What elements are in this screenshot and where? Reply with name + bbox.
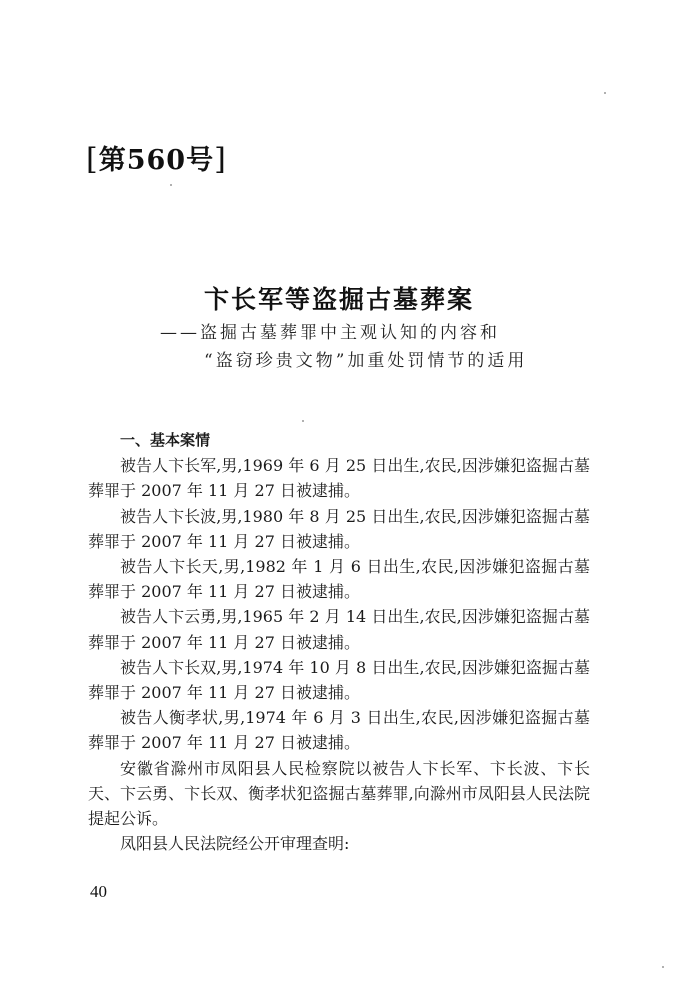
scan-speck [170, 184, 172, 186]
case-number-label: 第560号 [99, 145, 214, 176]
subtitle-line-2: “盗窃珍贵文物”加重处罚情节的适用 [204, 346, 527, 371]
scan-speck [604, 92, 606, 94]
document-page: [第560号] 卞长军等盗掘古墓葬案 ——盗掘古墓葬罪中主观认知的内容和 “盗窃… [0, 0, 680, 999]
paragraph-defendant-6: 被告人衡孝状,男,1974 年 6 月 3 日出生,农民,因涉嫌犯盗掘古墓葬罪于… [88, 705, 590, 755]
paragraph-defendant-4: 被告人卞云勇,男,1965 年 2 月 14 日出生,农民,因涉嫌犯盗掘古墓葬罪… [88, 604, 590, 654]
open-bracket: [ [86, 142, 99, 177]
body-text: 一、基本案情 被告人卞长军,男,1969 年 6 月 25 日出生,农民,因涉嫌… [88, 428, 590, 856]
subtitle-line-1: ——盗掘古墓葬罪中主观认知的内容和 [160, 318, 500, 343]
case-title: 卞长军等盗掘古墓葬案 [204, 280, 474, 316]
scan-speck [662, 966, 664, 968]
paragraph-defendant-1: 被告人卞长军,男,1969 年 6 月 25 日出生,农民,因涉嫌犯盗掘古墓葬罪… [88, 453, 590, 503]
case-number: [第560号] [86, 138, 227, 177]
paragraph-prosecution: 安徽省滁州市凤阳县人民检察院以被告人卞长军、卞长波、卞长天、卞云勇、卞长双、衡孝… [88, 756, 590, 832]
paragraph-defendant-3: 被告人卞长天,男,1982 年 1 月 6 日出生,农民,因涉嫌犯盗掘古墓葬罪于… [88, 554, 590, 604]
page-number: 40 [90, 882, 107, 902]
scan-speck [302, 420, 304, 422]
paragraph-defendant-2: 被告人卞长波,男,1980 年 8 月 25 日出生,农民,因涉嫌犯盗掘古墓葬罪… [88, 504, 590, 554]
close-bracket: ] [214, 142, 227, 177]
paragraph-defendant-5: 被告人卞长双,男,1974 年 10 月 8 日出生,农民,因涉嫌犯盗掘古墓葬罪… [88, 655, 590, 705]
paragraph-court-finding: 凤阳县人民法院经公开审理查明: [88, 831, 590, 856]
section-heading: 一、基本案情 [88, 428, 590, 453]
